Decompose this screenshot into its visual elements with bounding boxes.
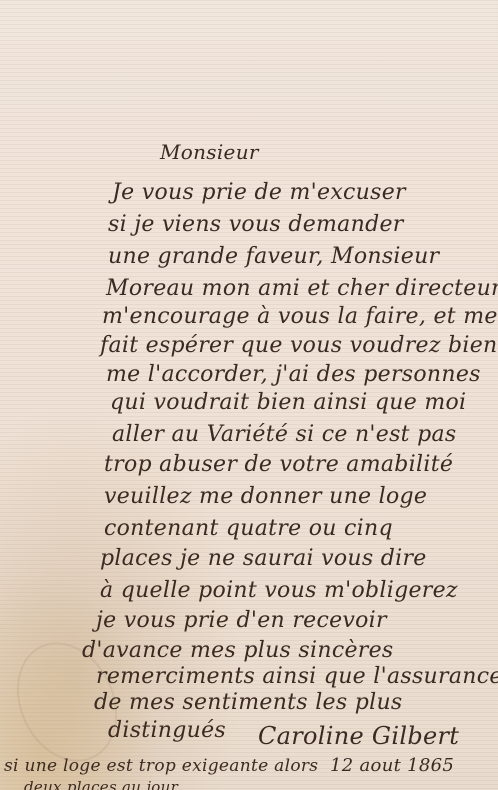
body-line: m'encourage à vous la faire, et me — [102, 304, 498, 329]
body-line: contenant quatre ou cinq — [104, 516, 393, 541]
body-line: une grande faveur, Monsieur — [108, 244, 439, 269]
body-line: fait espérer que vous voudrez bien — [100, 333, 498, 358]
body-line: veuillez me donner une loge — [104, 484, 427, 509]
letter-date: 12 aout 1865 — [330, 755, 454, 776]
postscript-line: deux places au jour ... — [24, 778, 198, 790]
body-line: aller au Variété si ce n'est pas — [112, 422, 457, 447]
body-line: je vous prie d'en recevoir — [96, 608, 387, 633]
salutation: Monsieur — [160, 140, 259, 164]
body-line: à quelle point vous m'obligerez — [100, 578, 458, 603]
body-line: qui voudrait bien ainsi que moi — [110, 390, 466, 415]
body-line: d'avance mes plus sincères — [82, 638, 394, 663]
body-line: remerciments ainsi que l'assurance — [96, 664, 498, 689]
body-line: me l'accorder, j'ai des personnes — [106, 362, 481, 387]
body-line: Je vous prie de m'excuser — [112, 180, 406, 205]
body-line: trop abuser de votre amabilité — [104, 452, 453, 477]
body-line: places je ne saurai vous dire — [100, 546, 427, 571]
body-line: distingués — [108, 718, 226, 743]
body-line: si je viens vous demander — [108, 212, 404, 237]
body-line: Moreau mon ami et cher directeur — [106, 276, 498, 301]
body-line: de mes sentiments les plus — [94, 690, 403, 715]
postscript-line: si une loge est trop exigeante alors — [4, 756, 318, 776]
letter-page: Monsieur Je vous prie de m'excuser si je… — [0, 0, 498, 790]
signature: Caroline Gilbert — [258, 722, 459, 750]
